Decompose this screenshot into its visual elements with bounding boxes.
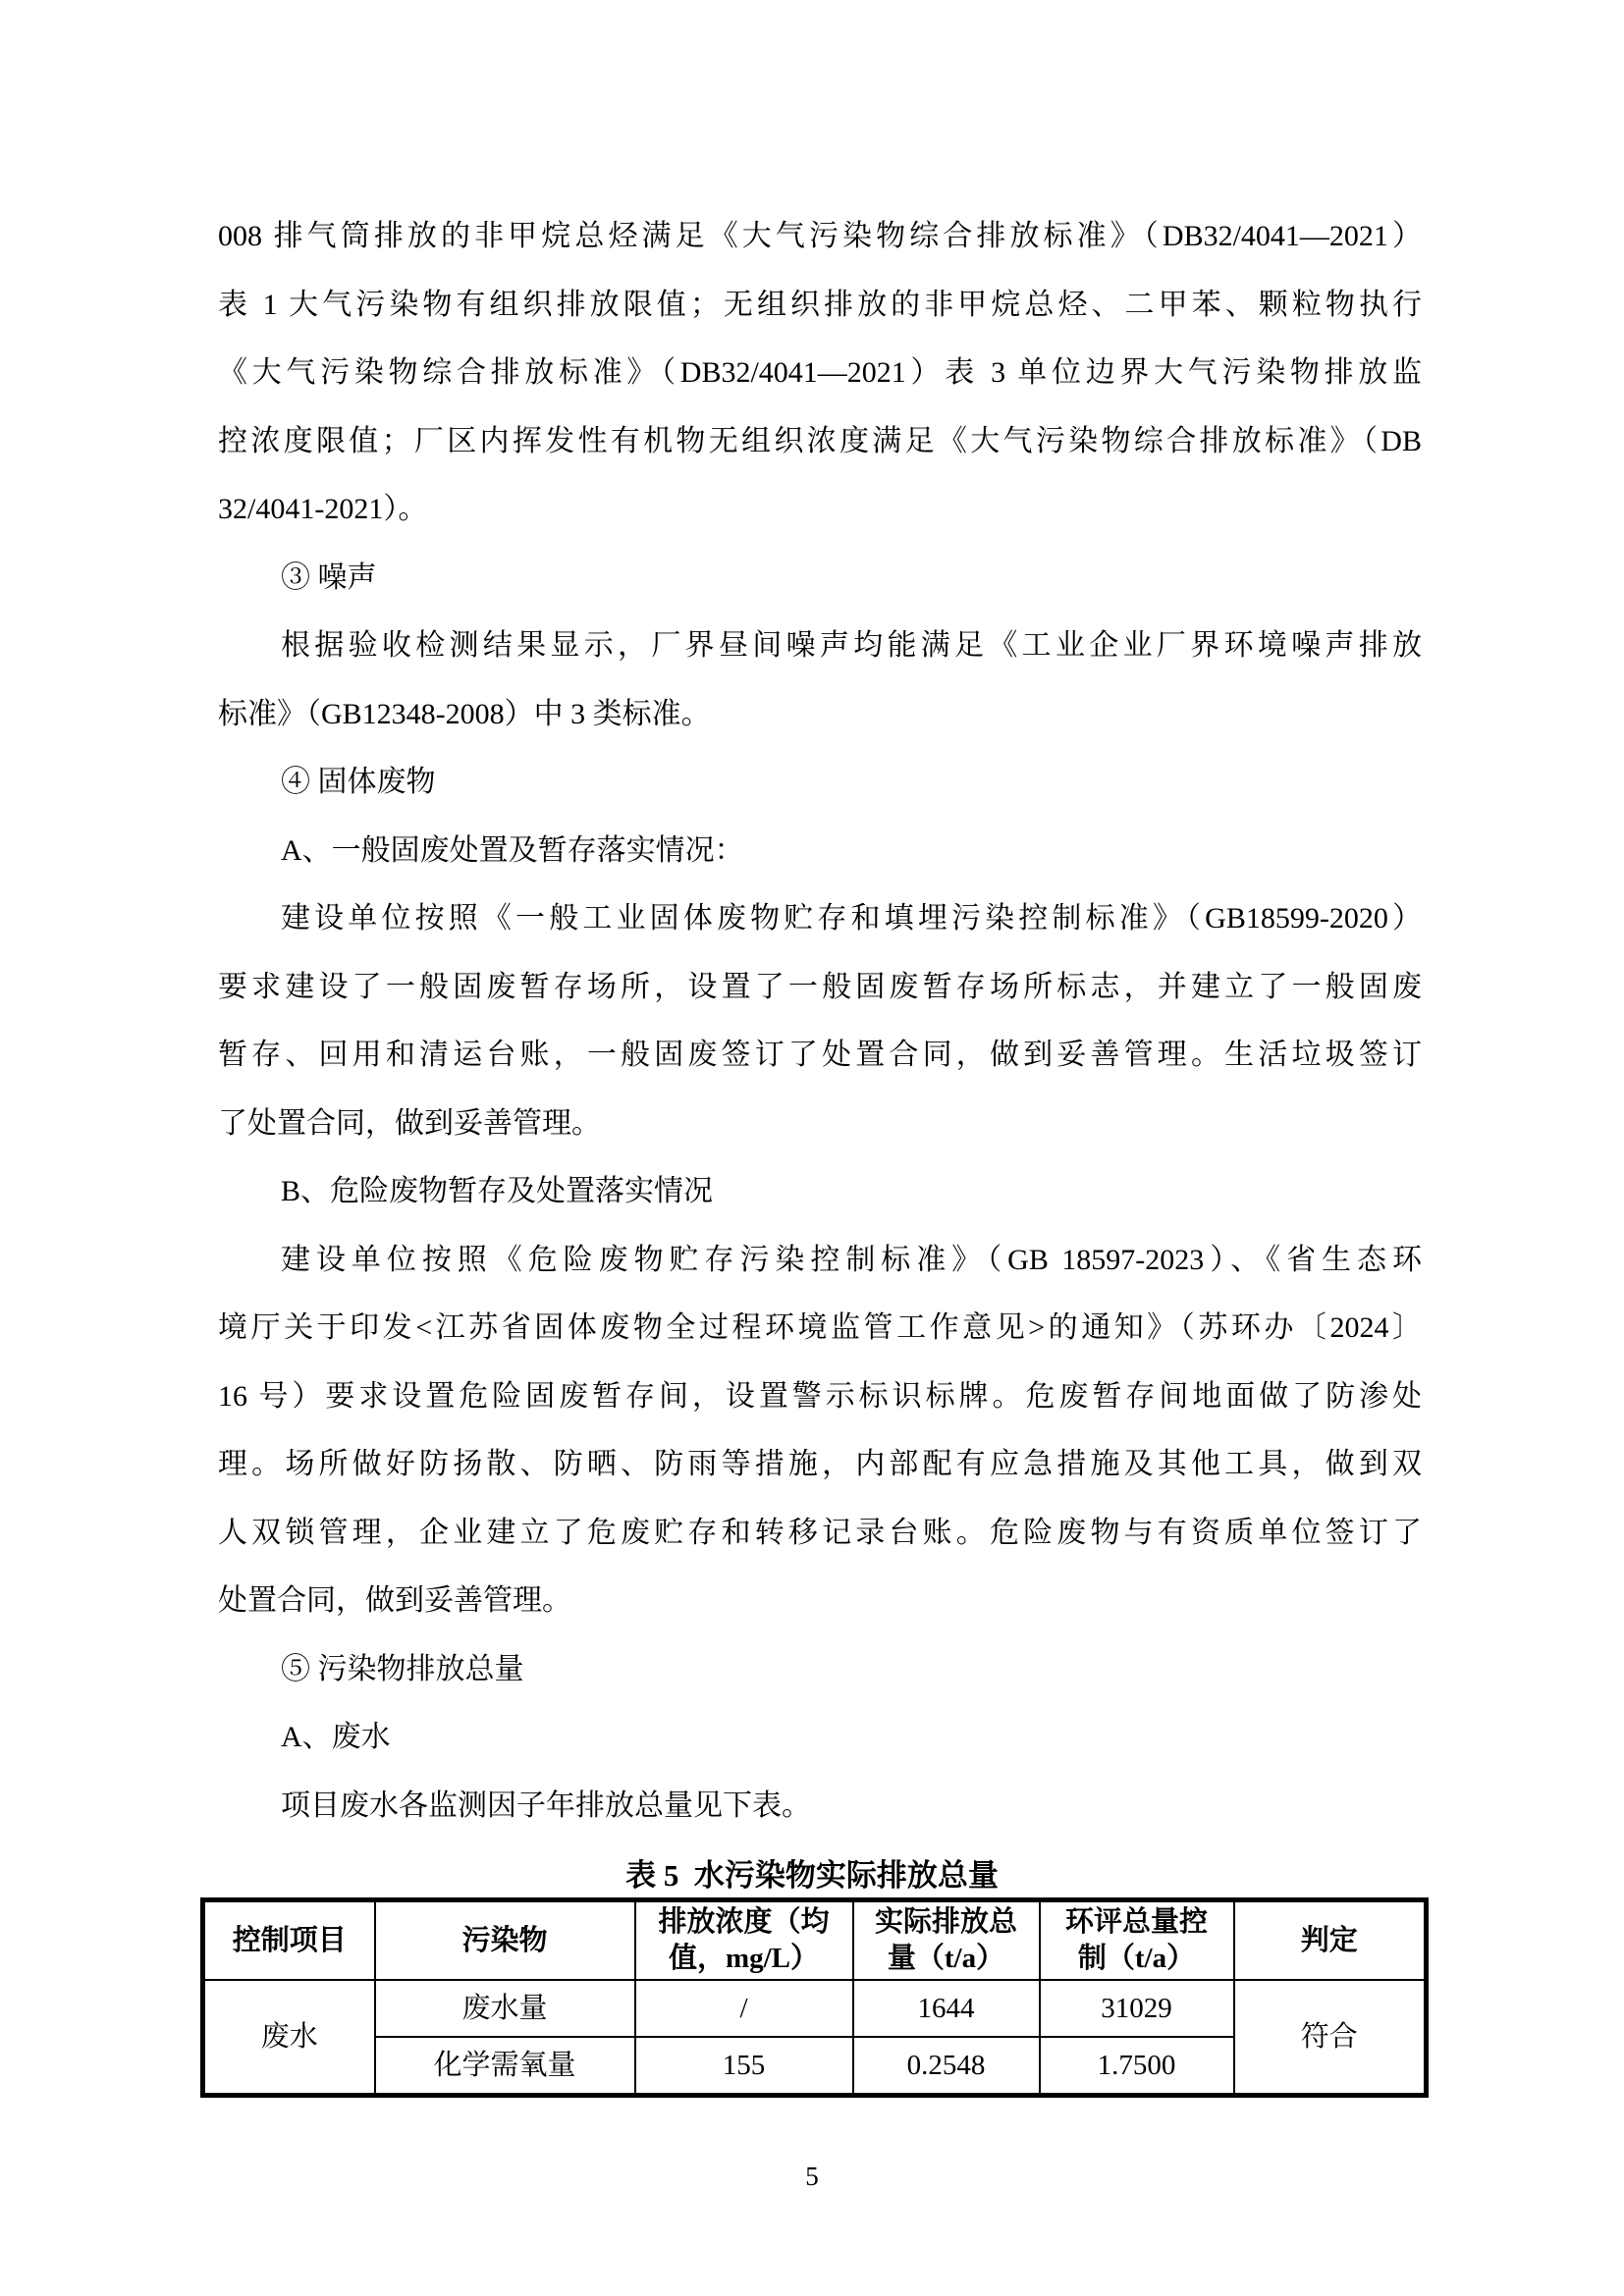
body-line: 表 1 大气污染物有组织排放限值；无组织排放的非甲烷总烃、二甲苯、颗粒物执行	[218, 271, 1422, 340]
body-line-heading-hazardous-waste: B、危险废物暂存及处置落实情况	[218, 1157, 1422, 1226]
body-line: 《大气污染物综合排放标准》（DB32/4041—2021）表 3 单位边界大气污…	[218, 339, 1422, 407]
column-header-eia-limit: 环评总量控 制（t/a）	[1040, 1900, 1234, 1981]
cell-verdict: 符合	[1234, 1980, 1427, 2096]
column-header-concentration: 排放浓度（均 值，mg/L）	[635, 1900, 853, 1981]
body-line: 标准》（GB12348-2008）中 3 类标准。	[218, 680, 1422, 749]
column-header-verdict: 判定	[1234, 1900, 1427, 1981]
body-line-heading-solid-waste: ④ 固体废物	[218, 748, 1422, 817]
cell-concentration: /	[635, 1980, 853, 2037]
cell-actual-total: 1644	[853, 1980, 1040, 2037]
cell-eia-limit: 31029	[1040, 1980, 1234, 2037]
body-line: 暂存、回用和清运台账，一般固废签订了处置合同，做到妥善管理。生活垃圾签订	[218, 1021, 1422, 1090]
document-page: 008 排气筒排放的非甲烷总烃满足《大气污染物综合排放标准》（DB32/4041…	[0, 0, 1624, 2296]
body-line: 建设单位按照《危险废物贮存污染控制标准》（GB 18597-2023）、《省生态…	[218, 1226, 1422, 1295]
cell-actual-total: 0.2548	[853, 2037, 1040, 2096]
body-line: 32/4041-2021）。	[218, 475, 1422, 544]
body-line-heading-total-emissions: ⑤ 污染物排放总量	[218, 1635, 1422, 1704]
column-header-pollutant: 污染物	[375, 1900, 635, 1981]
table-caption: 表 5 水污染物实际排放总量	[200, 1858, 1424, 1894]
column-header-control-item: 控制项目	[203, 1900, 375, 1981]
body-line: 根据验收检测结果显示，厂界昼间噪声均能满足《工业企业厂界环境噪声排放	[218, 612, 1422, 680]
body-line-heading-general-waste: A、一般固废处置及暂存落实情况：	[218, 817, 1422, 885]
body-line: 建设单位按照《一般工业固体废物贮存和填埋污染控制标准》（GB18599-2020…	[218, 884, 1422, 953]
water-pollutant-emissions-table: 控制项目 污染物 排放浓度（均 值，mg/L） 实际排放总 量（t/a） 环评总…	[200, 1897, 1429, 2098]
body-line: 人双锁管理，企业建立了危废贮存和转移记录台账。危险废物与有资质单位签订了	[218, 1499, 1422, 1568]
cell-pollutant: 化学需氧量	[375, 2037, 635, 2096]
body-line: 项目废水各监测因子年排放总量见下表。	[218, 1772, 1422, 1841]
body-line: 16 号）要求设置危险固废暂存间，设置警示标识标牌。危废暂存间地面做了防渗处	[218, 1362, 1422, 1431]
table-header-row: 控制项目 污染物 排放浓度（均 值，mg/L） 实际排放总 量（t/a） 环评总…	[203, 1900, 1427, 1981]
cell-eia-limit: 1.7500	[1040, 2037, 1234, 2096]
cell-pollutant: 废水量	[375, 1980, 635, 2037]
body-line: 了处置合同，做到妥善管理。	[218, 1090, 1422, 1158]
body-line: 境厅关于印发<江苏省固体废物全过程环境监管工作意见>的通知》（苏环办〔2024〕	[218, 1294, 1422, 1362]
body-line-heading-wastewater: A、废水	[218, 1703, 1422, 1772]
cell-concentration: 155	[635, 2037, 853, 2096]
page-number: 5	[0, 2160, 1624, 2193]
body-line-heading-noise: ③ 噪声	[218, 544, 1422, 613]
body-line: 008 排气筒排放的非甲烷总烃满足《大气污染物综合排放标准》（DB32/4041…	[218, 202, 1422, 271]
table-row: 废水 废水量 / 1644 31029 符合	[203, 1980, 1427, 2037]
body-line: 理。场所做好防扬散、防晒、防雨等措施，内部配有应急措施及其他工具，做到双	[218, 1430, 1422, 1499]
cell-control-item: 废水	[203, 1980, 375, 2096]
body-text-block: 008 排气筒排放的非甲烷总烃满足《大气污染物综合排放标准》（DB32/4041…	[218, 202, 1422, 1840]
body-line: 控浓度限值；厂区内挥发性有机物无组织浓度满足《大气污染物综合排放标准》（DB	[218, 407, 1422, 476]
body-line: 处置合同，做到妥善管理。	[218, 1567, 1422, 1635]
column-header-actual-total: 实际排放总 量（t/a）	[853, 1900, 1040, 1981]
body-line: 要求建设了一般固废暂存场所，设置了一般固废暂存场所标志，并建立了一般固废	[218, 953, 1422, 1022]
